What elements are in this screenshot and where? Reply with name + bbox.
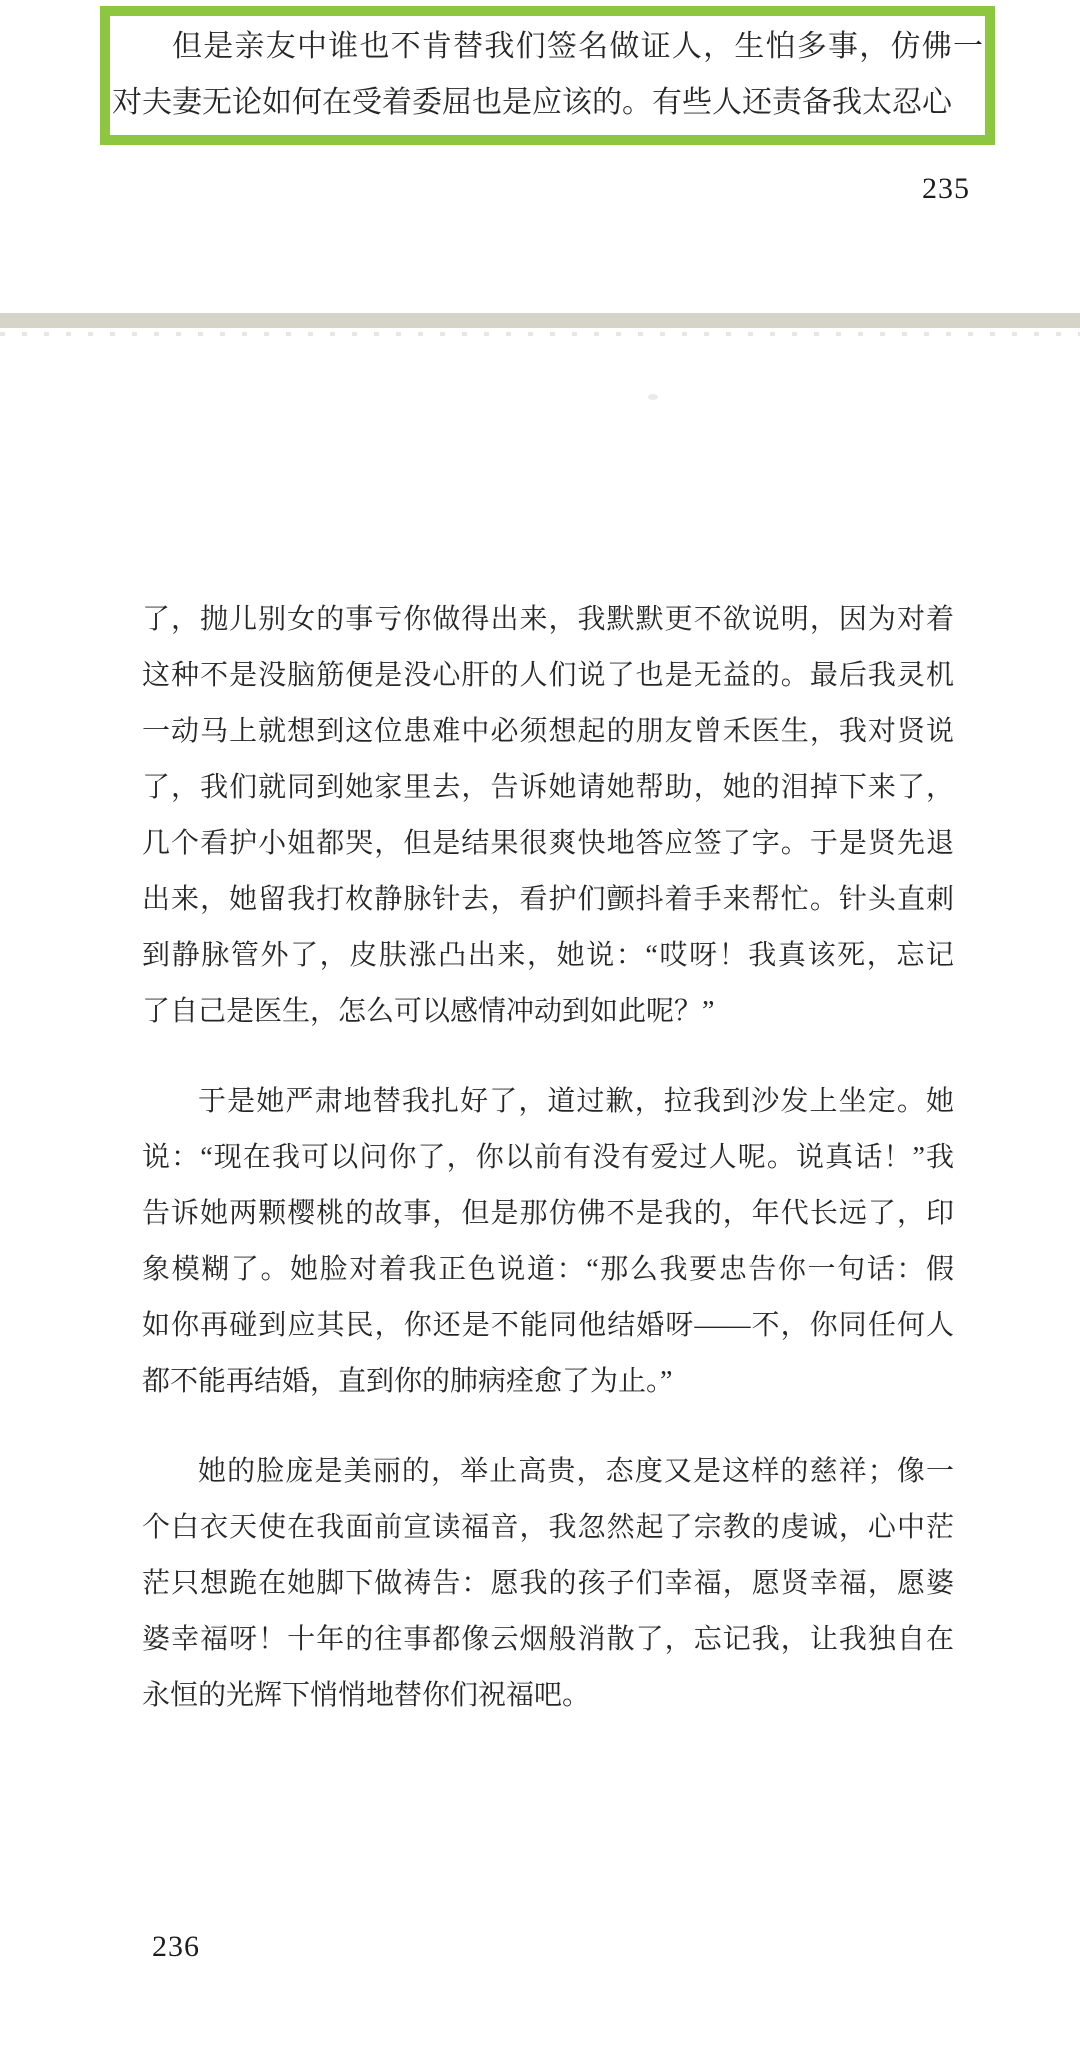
- text-line: 告诉她两颗樱桃的故事，但是那仿佛不是我的，年代长远了，印: [142, 1186, 954, 1242]
- paragraph: 她的脸庞是美丽的，举止高贵，态度又是这样的慈祥；像一个白衣天使在我面前宣读福音，…: [142, 1444, 954, 1724]
- divider-halftone-dots: [0, 332, 1080, 336]
- text-line: 她的脸庞是美丽的，举止高贵，态度又是这样的慈祥；像一: [142, 1444, 954, 1500]
- text-line: 都不能再结婚，直到你的肺病痊愈了为止。”: [142, 1354, 954, 1410]
- text-line: 如你再碰到应其民，你还是不能同他结婚呀——不，你同任何人: [142, 1298, 954, 1354]
- text-line: 这种不是没脑筋便是没心肝的人们说了也是无益的。最后我灵机: [142, 648, 954, 704]
- text-line: 象模糊了。她脸对着我正色说道：“那么我要忠告你一句话：假: [142, 1242, 954, 1298]
- highlighted-passage-box: 但是亲友中谁也不肯替我们签名做证人，生怕多事，仿佛一对夫妻无论如何在受着委屈也是…: [100, 6, 995, 145]
- text-line: 永恒的光辉下悄悄地替你们祝福吧。: [142, 1668, 954, 1724]
- text-line: 了，抛儿别女的事亏你做得出来，我默默更不欲说明，因为对着: [142, 592, 954, 648]
- text-line: 但是亲友中谁也不肯替我们签名做证人，生怕多事，仿佛一: [112, 19, 983, 75]
- scanned-book-page: { "header_box": { "lines": [ "但是亲友中谁也不肯替…: [0, 0, 1080, 2053]
- highlighted-passage-lines: 但是亲友中谁也不肯替我们签名做证人，生怕多事，仿佛一对夫妻无论如何在受着委屈也是…: [112, 19, 983, 131]
- text-line: 了自己是医生，怎么可以感情冲动到如此呢？”: [142, 984, 954, 1040]
- text-line: 茫只想跪在她脚下做祷告：愿我的孩子们幸福，愿贤幸福，愿婆: [142, 1556, 954, 1612]
- page-number-bottom: 236: [152, 1930, 200, 1964]
- text-line: 出来，她留我打枚静脉针去，看护们颤抖着手来帮忙。针头直刺: [142, 872, 954, 928]
- section-divider-bar: [0, 313, 1080, 328]
- text-line: 到静脉管外了，皮肤涨凸出来，她说：“哎呀！我真该死，忘记: [142, 928, 954, 984]
- text-line: 几个看护小姐都哭，但是结果很爽快地答应签了字。于是贤先退: [142, 816, 954, 872]
- text-line: 对夫妻无论如何在受着委屈也是应该的。有些人还责备我太忍心: [112, 75, 983, 131]
- text-line: 了，我们就同到她家里去，告诉她请她帮助，她的泪掉下来了，: [142, 760, 954, 816]
- body-text: 了，抛儿别女的事亏你做得出来，我默默更不欲说明，因为对着这种不是没脑筋便是没心肝…: [142, 592, 954, 1724]
- page-number-top: 235: [0, 172, 970, 206]
- text-line: 婆幸福呀！十年的往事都像云烟般消散了，忘记我，让我独自在: [142, 1612, 954, 1668]
- text-line: 于是她严肃地替我扎好了，道过歉，拉我到沙发上坐定。她: [142, 1074, 954, 1130]
- text-line: 说：“现在我可以问你了，你以前有没有爱过人呢。说真话！”我: [142, 1130, 954, 1186]
- text-line: 个白衣天使在我面前宣读福音，我忽然起了宗教的虔诚，心中茫: [142, 1500, 954, 1556]
- paragraph: 于是她严肃地替我扎好了，道过歉，拉我到沙发上坐定。她说：“现在我可以问你了，你以…: [142, 1074, 954, 1410]
- scan-smudge-artifact: [648, 394, 658, 400]
- paragraph: 了，抛儿别女的事亏你做得出来，我默默更不欲说明，因为对着这种不是没脑筋便是没心肝…: [142, 592, 954, 1040]
- text-line: 一动马上就想到这位患难中必须想起的朋友曾禾医生，我对贤说: [142, 704, 954, 760]
